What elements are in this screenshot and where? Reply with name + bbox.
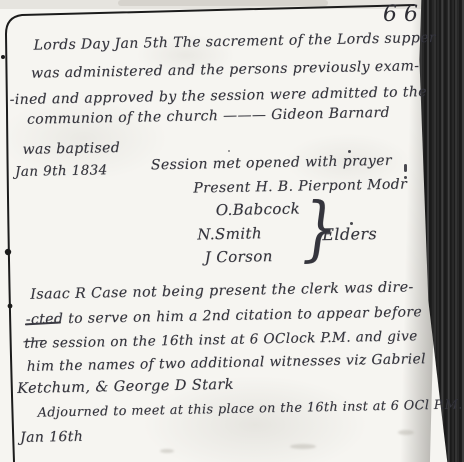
manuscript-line: Lords Day Jan 5th The sacrement of the L… (33, 30, 436, 54)
manuscript-date: Jan 9th 1834 (15, 162, 108, 180)
manuscript-line: was baptised (22, 140, 120, 158)
handwriting-layer: Lords Day Jan 5th The sacrement of the L… (0, 0, 464, 462)
scanned-manuscript-page: 66 Lords Day Jan 5th The sacrement of th… (0, 0, 464, 462)
ink-speck (228, 150, 230, 152)
ink-speck (404, 164, 407, 172)
manuscript-line: him the names of two additional witnesse… (27, 351, 426, 375)
elders-label: Elders (322, 224, 377, 244)
manuscript-line: Isaac R Case not being present the clerk… (30, 279, 414, 302)
manuscript-line: the session on the 16th inst at 6 OClock… (24, 328, 418, 352)
manuscript-line: -cted to serve on him a 2nd citation to … (26, 304, 423, 328)
ink-speck (350, 222, 353, 225)
manuscript-line: was administered and the persons previou… (31, 58, 420, 81)
elder-name: N.Smith (197, 224, 262, 243)
manuscript-line: communion of the church ——— Gideon Barna… (27, 105, 390, 128)
manuscript-line: Ketchum, & George D Stark (17, 377, 234, 397)
paper-smudge (160, 449, 174, 453)
paper-smudge (290, 444, 316, 449)
elder-name: O.Babcock (216, 200, 301, 220)
ink-speck (404, 176, 407, 179)
paper-smudge (398, 430, 414, 435)
manuscript-line: Session met opened with prayer (151, 153, 392, 174)
manuscript-date: Jan 16th (20, 429, 83, 446)
elder-name: J Corson (204, 247, 272, 266)
manuscript-line: Adjourned to meet at this place on the 1… (37, 397, 462, 420)
ink-speck (348, 150, 351, 153)
